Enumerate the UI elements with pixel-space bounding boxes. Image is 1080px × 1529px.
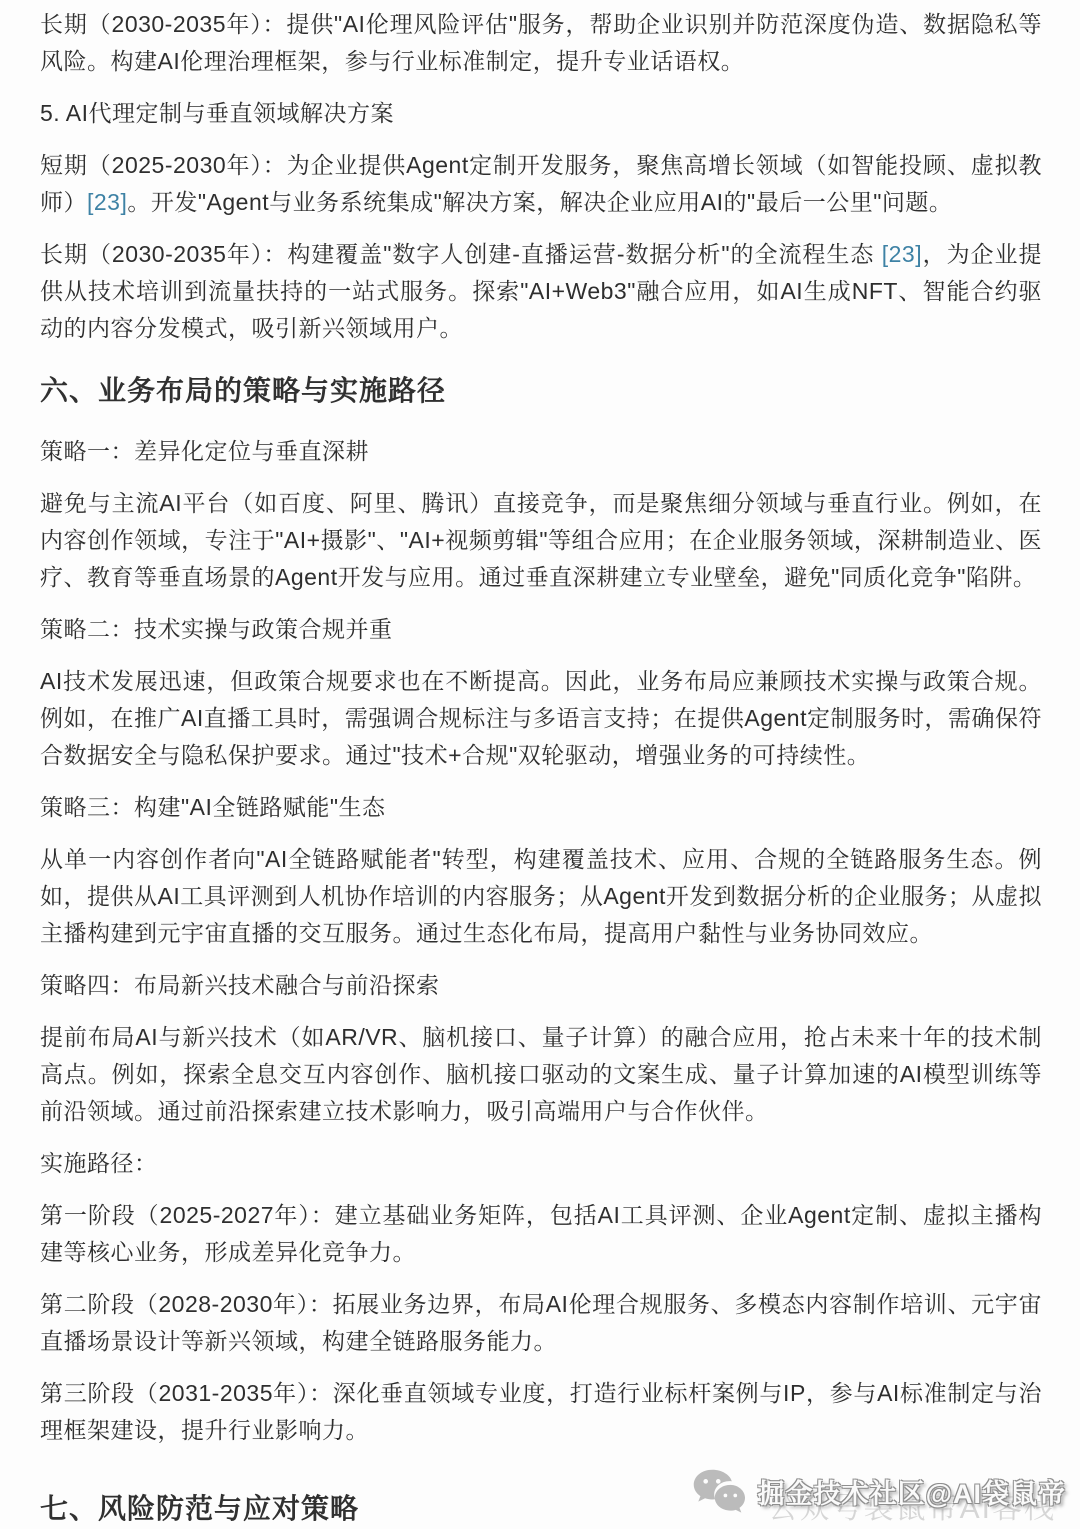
strategy2-title: 策略二：技术实操与政策合规并重 bbox=[40, 611, 1042, 648]
strategy1-title: 策略一：差异化定位与垂直深耕 bbox=[40, 433, 1042, 470]
phase1-paragraph: 第一阶段（2025-2027年）：建立基础业务矩阵，包括AI工具评测、企业Age… bbox=[40, 1197, 1042, 1271]
phase2-paragraph: 第二阶段（2028-2030年）：拓展业务边界，布局AI伦理合规服务、多模态内容… bbox=[40, 1286, 1042, 1360]
implementation-path-title: 实施路径： bbox=[40, 1145, 1042, 1182]
para-longterm-ecosystem-text-pre: 长期（2030-2035年）：构建覆盖"数字人创建-直播运营-数据分析"的全流程… bbox=[40, 241, 882, 267]
phase3-paragraph: 第三阶段（2031-2035年）：深化垂直领域专业度，打造行业标杆案例与IP，参… bbox=[40, 1375, 1042, 1449]
citation-link-23-second[interactable]: [23] bbox=[882, 241, 922, 267]
para-shortterm-agent-text-post: 。开发"Agent与业务系统集成"解决方案，解决企业应用AI的"最后一公里"问题… bbox=[127, 189, 952, 215]
strategy2-body: AI技术发展迅速，但政策合规要求也在不断提高。因此，业务布局应兼顾技术实操与政策… bbox=[40, 663, 1042, 774]
watermark-text-stack: 公众号袋鼠帝AI客栈 掘金技术社区@AI袋鼠帝 bbox=[758, 1461, 1066, 1521]
para-shortterm-agent: 短期（2025-2030年）：为企业提供Agent定制开发服务，聚焦高增长领域（… bbox=[40, 147, 1042, 221]
citation-link-23[interactable]: [23] bbox=[87, 189, 127, 215]
para-longterm-ecosystem: 长期（2030-2035年）：构建覆盖"数字人创建-直播运营-数据分析"的全流程… bbox=[40, 236, 1042, 347]
strategy4-body: 提前布局AI与新兴技术（如AR/VR、脑机接口、量子计算）的融合应用，抢占未来十… bbox=[40, 1019, 1042, 1130]
strategy4-title: 策略四：布局新兴技术融合与前沿探索 bbox=[40, 967, 1042, 1004]
strategy1-body: 避免与主流AI平台（如百度、阿里、腾讯）直接竞争，而是聚焦细分领域与垂直行业。例… bbox=[40, 485, 1042, 596]
watermark: 公众号袋鼠帝AI客栈 掘金技术社区@AI袋鼠帝 bbox=[692, 1461, 1066, 1521]
document-page: 长期（2030-2035年）：提供"AI伦理风险评估"服务，帮助企业识别并防范深… bbox=[0, 0, 1080, 1529]
para-longterm-ethics: 长期（2030-2035年）：提供"AI伦理风险评估"服务，帮助企业识别并防范深… bbox=[40, 6, 1042, 80]
watermark-front-text: 掘金技术社区@AI袋鼠帝 bbox=[758, 1472, 1066, 1511]
heading-item5: 5. AI代理定制与垂直领域解决方案 bbox=[40, 95, 1042, 132]
wechat-icon bbox=[692, 1467, 748, 1515]
heading-section6: 六、业务布局的策略与实施路径 bbox=[40, 371, 1042, 411]
strategy3-body: 从单一内容创作者向"AI全链路赋能者"转型，构建覆盖技术、应用、合规的全链路服务… bbox=[40, 841, 1042, 952]
strategy3-title: 策略三：构建"AI全链路赋能"生态 bbox=[40, 789, 1042, 826]
